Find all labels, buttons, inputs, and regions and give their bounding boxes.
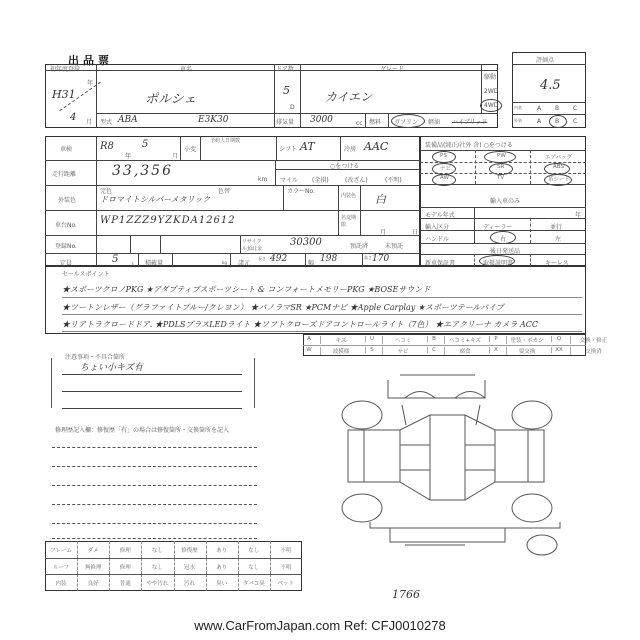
recycle-status-alt: 未預託: [385, 241, 403, 250]
legend-cell: 腐食: [444, 347, 485, 355]
legend-cell: A: [303, 336, 315, 342]
grade-b: B: [555, 105, 559, 112]
condition-cell: フレーム: [45, 546, 77, 554]
condition-cell: ルーフ: [45, 563, 77, 571]
exterior-grade-label: 外装: [514, 118, 522, 124]
recycle-amount: 30300: [290, 237, 322, 248]
doors: 5: [283, 84, 290, 97]
legend-cell: B: [427, 336, 440, 342]
sales-point-line-1: ★スポーツクロノPKG ★アダプティブスポーツシート & コンフォートメモリーP…: [62, 284, 430, 295]
legend-cell: Q: [551, 336, 566, 342]
pending-note-label: 予約人日期数: [210, 137, 240, 144]
sales-points-label: セールスポイント: [62, 269, 109, 278]
condition-cell: 普通: [109, 579, 141, 587]
recycle-label: リサイクル預託金: [242, 238, 266, 252]
inspection-month: 5: [142, 139, 148, 150]
condition-cell: やや汚れ: [141, 579, 173, 587]
mileage-label: 走行距離: [52, 169, 76, 178]
model-label: 型式: [100, 117, 112, 126]
plate-label: 登録No.: [55, 241, 77, 250]
handle-left: 左: [555, 234, 561, 243]
width: 198: [320, 254, 337, 264]
legend-cell: ヘコミ+キズ: [444, 336, 485, 344]
color-header-changed: 色替: [218, 186, 230, 195]
legend-cell: ヘコミ: [382, 336, 423, 344]
score-value: 4.5: [540, 78, 561, 93]
condition-cell: なし: [141, 546, 173, 554]
doors-unit: D: [290, 104, 295, 111]
inspection-month-unit: 月: [172, 151, 178, 160]
length-label: 長さ: [258, 256, 266, 262]
legend-cell: X: [489, 347, 502, 353]
exterior-color: ドロマイトシルバーメタリック: [100, 194, 210, 205]
drive-label: 駆動: [484, 72, 496, 81]
legend-cell: キズ: [320, 336, 361, 344]
ac: AAC: [364, 140, 388, 153]
score-label: 評価点: [536, 55, 554, 64]
chassis-label: 車台No.: [55, 220, 77, 229]
legend-cell: S: [365, 347, 378, 353]
legend-cell: 要交換: [506, 347, 547, 355]
car-name-label: 車名: [180, 64, 192, 73]
mileage: 33,356: [112, 163, 173, 179]
mileage-flag-total: (全損): [312, 175, 329, 184]
condition-cell: 不明: [270, 546, 302, 554]
condition-cell: あり: [206, 546, 238, 554]
first-reg-month: 4: [70, 112, 76, 123]
condition-cell: ダメ: [77, 546, 109, 554]
inspection-label: 車検: [60, 144, 72, 153]
condition-cell: なし: [141, 563, 173, 571]
condition-cell: 修理: [109, 563, 141, 571]
mileage-flag-mile: マイル: [280, 175, 298, 184]
load-unit: kg: [222, 260, 227, 265]
capacity: 5: [112, 254, 118, 265]
car-damage-diagram: [300, 370, 580, 570]
spare-tire: [527, 535, 557, 555]
interior-grade-label: 内装: [514, 105, 522, 111]
legend-cell: 波模様: [320, 347, 361, 355]
pending-label: 小変: [184, 144, 196, 153]
wheel-rear-right: [512, 494, 552, 522]
legend-cell: 交換済: [570, 347, 616, 355]
notes-text: ちょい小キズ有: [80, 360, 143, 373]
condition-cell: 良好: [77, 579, 109, 587]
condition-cell: なし: [238, 563, 270, 571]
length: 492: [270, 254, 287, 264]
condition-cell: 無修理: [77, 563, 109, 571]
repair-label: 修理歴記入欄：修復歴「有」の場合は修復箇所・交換箇所を記入: [55, 425, 229, 434]
height-label: 高さ: [364, 255, 372, 261]
car-name: ポルシェ: [145, 88, 196, 107]
fuel-option-hybrid: ハイブリッド: [452, 117, 487, 126]
legend-cell: C: [427, 347, 440, 353]
import-header: 輸入車のみ: [490, 196, 520, 205]
mileage-flag-tamper: (改ざん): [345, 175, 368, 184]
shift-label: シフト: [279, 144, 297, 153]
drive-2wd: 2WD: [484, 88, 498, 95]
interior-color-label: 内装色: [341, 192, 356, 199]
condition-cell: タバコ臭: [238, 579, 270, 587]
grade-a: A: [537, 118, 541, 125]
model-code: E3K30: [198, 115, 228, 125]
grade-label: グレード: [380, 64, 404, 73]
ac-label: 冷房: [344, 144, 356, 153]
condition-cell: ペット: [270, 579, 302, 587]
condition-cell: 修復歴: [174, 546, 206, 554]
displacement-label: 排気量: [276, 117, 294, 126]
displacement-unit: cc: [356, 120, 363, 127]
inspection-year-unit: 年: [125, 151, 131, 160]
height: 170: [372, 254, 389, 264]
equip-tv: TV: [497, 175, 504, 181]
grade: カイエン: [325, 88, 372, 105]
legend-cell: 塗装・ボカシ: [506, 336, 547, 344]
color-no-label: カラーNo.: [287, 186, 315, 195]
legend-cell: P: [489, 336, 502, 342]
chassis-number: WP1ZZZ9YZKDA12612: [100, 215, 236, 226]
displacement: 3000: [310, 115, 333, 125]
fuel-selected-circle: [391, 114, 425, 128]
first-reg-month-unit: 月: [86, 117, 92, 126]
fuel-option-diesel: 軽油: [428, 117, 440, 126]
condition-cell: 修理: [109, 546, 141, 554]
drive-selected-circle: [480, 99, 502, 112]
equip-airbag: エアバッグ: [545, 153, 572, 161]
wheel-front-right: [512, 401, 552, 429]
condition-cell: あり: [206, 563, 238, 571]
doors-label: ドア数: [276, 64, 294, 73]
recycle-status: 預託済: [350, 241, 368, 250]
condition-cell: 汚れ: [174, 579, 206, 587]
condition-cell: 不明: [270, 563, 302, 571]
mileage-flag-unknown: (不明): [385, 175, 402, 184]
handle-label: ハンドル: [425, 234, 449, 243]
sales-point-line-2: ★ツートンレザー（グラファイトブルー/クレヨン） ★パノラマSR ★PCMナビ …: [62, 302, 504, 313]
inspection-era: R8: [100, 141, 114, 152]
condition-cell: 冠水: [174, 563, 206, 571]
name-change-month: 月: [380, 227, 386, 236]
condition-cell: 臭い: [206, 579, 238, 587]
first-reg-label: 初年度登録: [50, 64, 80, 73]
mileage-unit: km: [258, 176, 267, 183]
legend-cell: 交換・修正: [570, 336, 616, 344]
model-prefix: ABA: [118, 115, 138, 125]
legend-cell: XX: [551, 347, 566, 353]
legend-cell: W: [303, 347, 315, 353]
first-reg-year-unit: 年: [87, 78, 93, 87]
legend-cell: U: [365, 336, 378, 342]
condition-cell: なし: [238, 546, 270, 554]
name-change-label: 名変期限: [341, 214, 357, 228]
legend-cell: サビ: [382, 347, 423, 355]
handwritten-stamp: 1766: [392, 588, 420, 601]
interior-color: 白: [375, 191, 386, 207]
color-label: 外装色: [58, 195, 76, 204]
grade-selected-circle: [549, 115, 567, 128]
shift: AT: [300, 140, 315, 153]
fuel-label: 燃料: [369, 117, 381, 126]
condition-cell: 内装: [45, 579, 77, 587]
grade-c: C: [573, 105, 577, 112]
wheel-front-left: [342, 401, 382, 429]
watermark-footer: www.CarFromJapan.com Ref: CFJ0010278: [0, 618, 640, 633]
first-reg-era: H31: [52, 88, 76, 101]
wheel-rear-left: [342, 494, 382, 522]
grade-c: C: [573, 118, 577, 125]
sales-point-line-3: ★リアトラクロードドア. ★PDLSプラスLEDライト ★ソフトクローズドアコン…: [62, 319, 538, 330]
grade-a: A: [537, 105, 541, 112]
equipment-header: 装備品(純正/社外 含) ○をつける: [425, 140, 513, 149]
name-change-day: 日: [412, 227, 418, 236]
